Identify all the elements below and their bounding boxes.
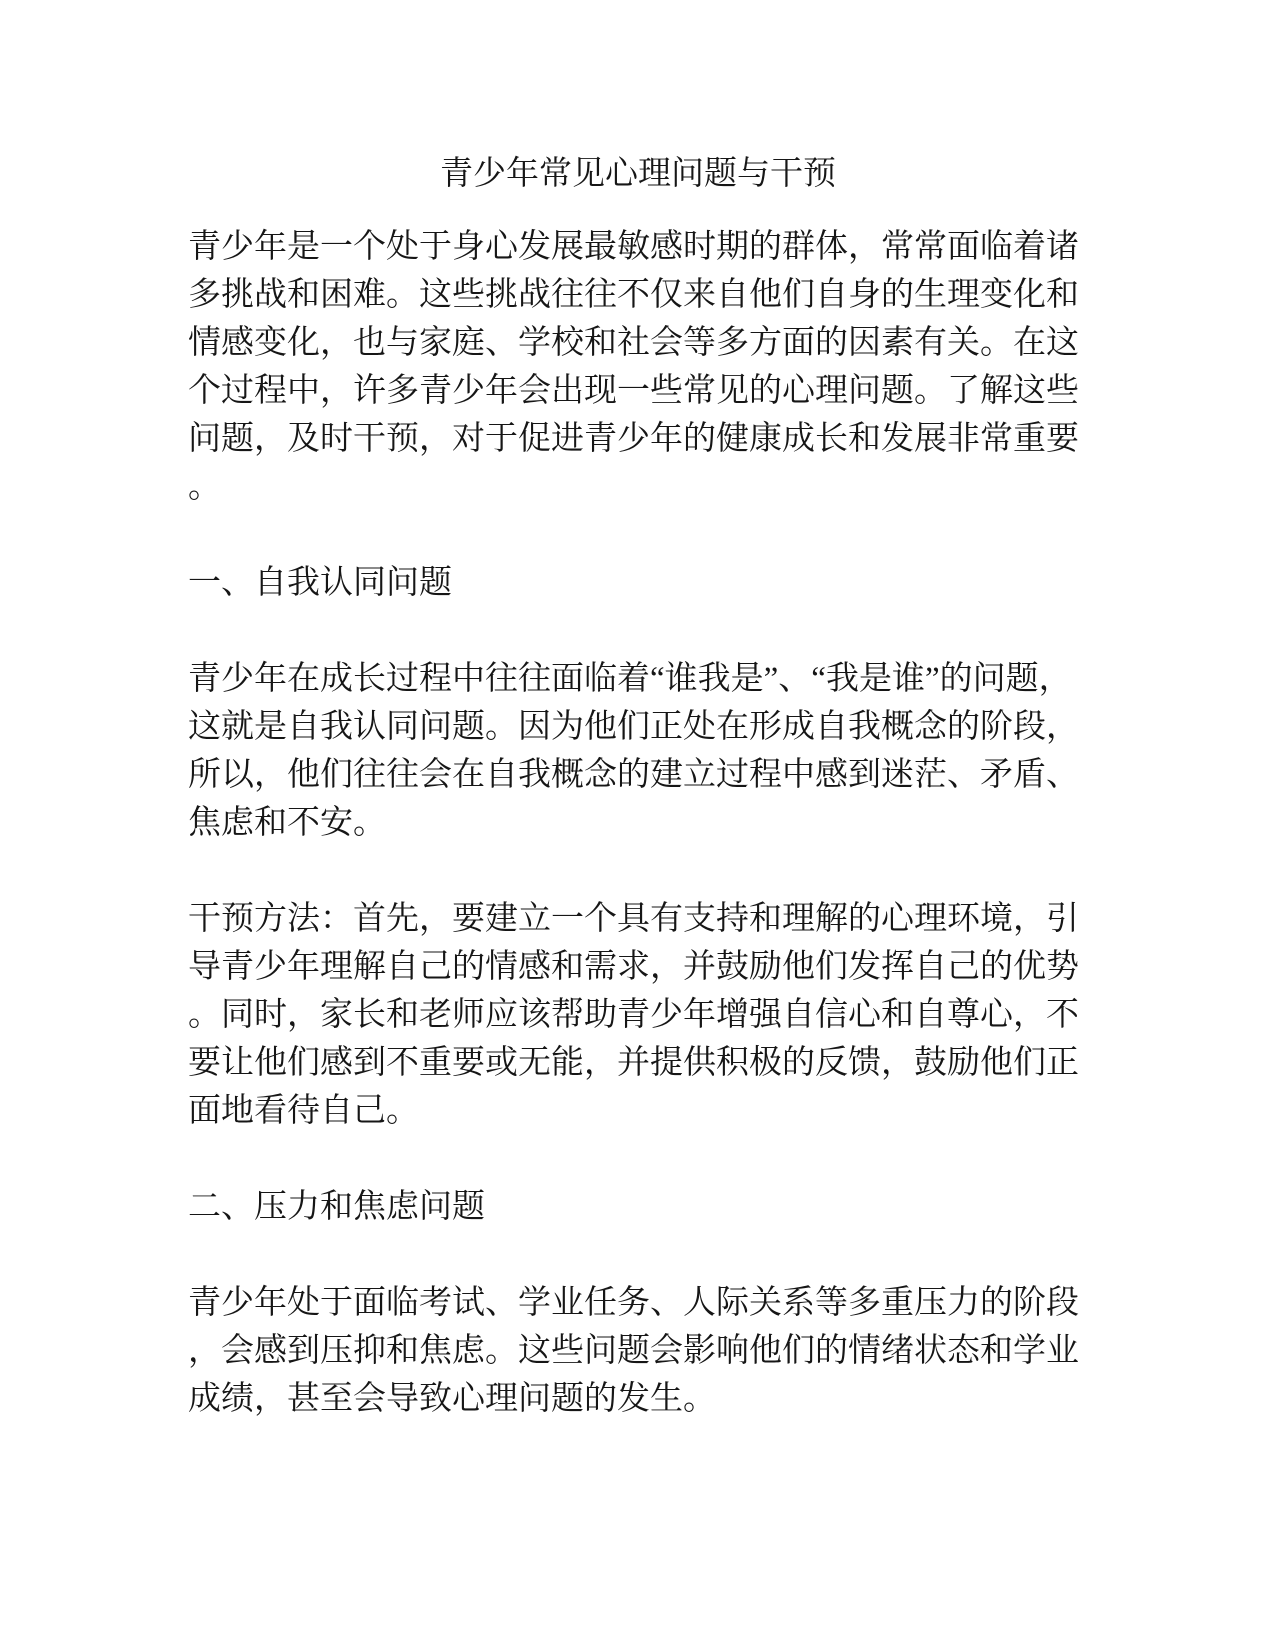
section1-intro-paragraph: 青少年在成长过程中往往面临着“谁我是”、“我是谁”的问题， 这就是自我认同问题。…	[188, 655, 1088, 847]
section-heading-2: 二、压力和焦虑问题	[188, 1183, 1088, 1231]
paragraph-line: 要让他们感到不重要或无能，并提供积极的反馈，鼓励他们正	[188, 1039, 1088, 1087]
paragraph-line: 焦虑和不安。	[188, 799, 1088, 847]
paragraph-line: 面地看待自己。	[188, 1087, 1088, 1135]
paragraph-line: ，会感到压抑和焦虑。这些问题会影响他们的情绪状态和学业	[188, 1327, 1088, 1375]
paragraph-line: 个过程中，许多青少年会出现一些常见的心理问题。了解这些	[188, 367, 1088, 415]
paragraph-line: 青少年处于面临考试、学业任务、人际关系等多重压力的阶段	[188, 1279, 1088, 1327]
intro-paragraph: 青少年是一个处于身心发展最敏感时期的群体，常常面临着诸 多挑战和困难。这些挑战往…	[188, 223, 1088, 511]
document-page: 青少年常见心理问题与干预 青少年是一个处于身心发展最敏感时期的群体，常常面临着诸…	[0, 0, 1275, 1650]
paragraph-line: 这就是自我认同问题。因为他们正处在形成自我概念的阶段，	[188, 703, 1088, 751]
paragraph-line: 成绩，甚至会导致心理问题的发生。	[188, 1375, 1088, 1423]
paragraph-line: 。同时，家长和老师应该帮助青少年增强自信心和自尊心，不	[188, 991, 1088, 1039]
paragraph-line: 多挑战和困难。这些挑战往往不仅来自他们自身的生理变化和	[188, 271, 1088, 319]
paragraph-line: 情感变化，也与家庭、学校和社会等多方面的因素有关。在这	[188, 319, 1088, 367]
paragraph-line: 青少年在成长过程中往往面临着“谁我是”、“我是谁”的问题，	[188, 655, 1088, 703]
section1-method-paragraph: 干预方法：首先，要建立一个具有支持和理解的心理环境，引 导青少年理解自己的情感和…	[188, 895, 1088, 1135]
paragraph-line: 所以，他们往往会在自我概念的建立过程中感到迷茫、矛盾、	[188, 751, 1088, 799]
section2-intro-paragraph: 青少年处于面临考试、学业任务、人际关系等多重压力的阶段 ，会感到压抑和焦虑。这些…	[188, 1279, 1088, 1423]
section-heading-1: 一、自我认同问题	[188, 559, 1088, 607]
paragraph-line: 。	[188, 463, 1088, 511]
paragraph-line: 干预方法：首先，要建立一个具有支持和理解的心理环境，引	[188, 895, 1088, 943]
document-title: 青少年常见心理问题与干预	[188, 150, 1088, 198]
paragraph-line: 问题，及时干预，对于促进青少年的健康成长和发展非常重要	[188, 415, 1088, 463]
paragraph-line: 导青少年理解自己的情感和需求，并鼓励他们发挥自己的优势	[188, 943, 1088, 991]
paragraph-line: 青少年是一个处于身心发展最敏感时期的群体，常常面临着诸	[188, 223, 1088, 271]
